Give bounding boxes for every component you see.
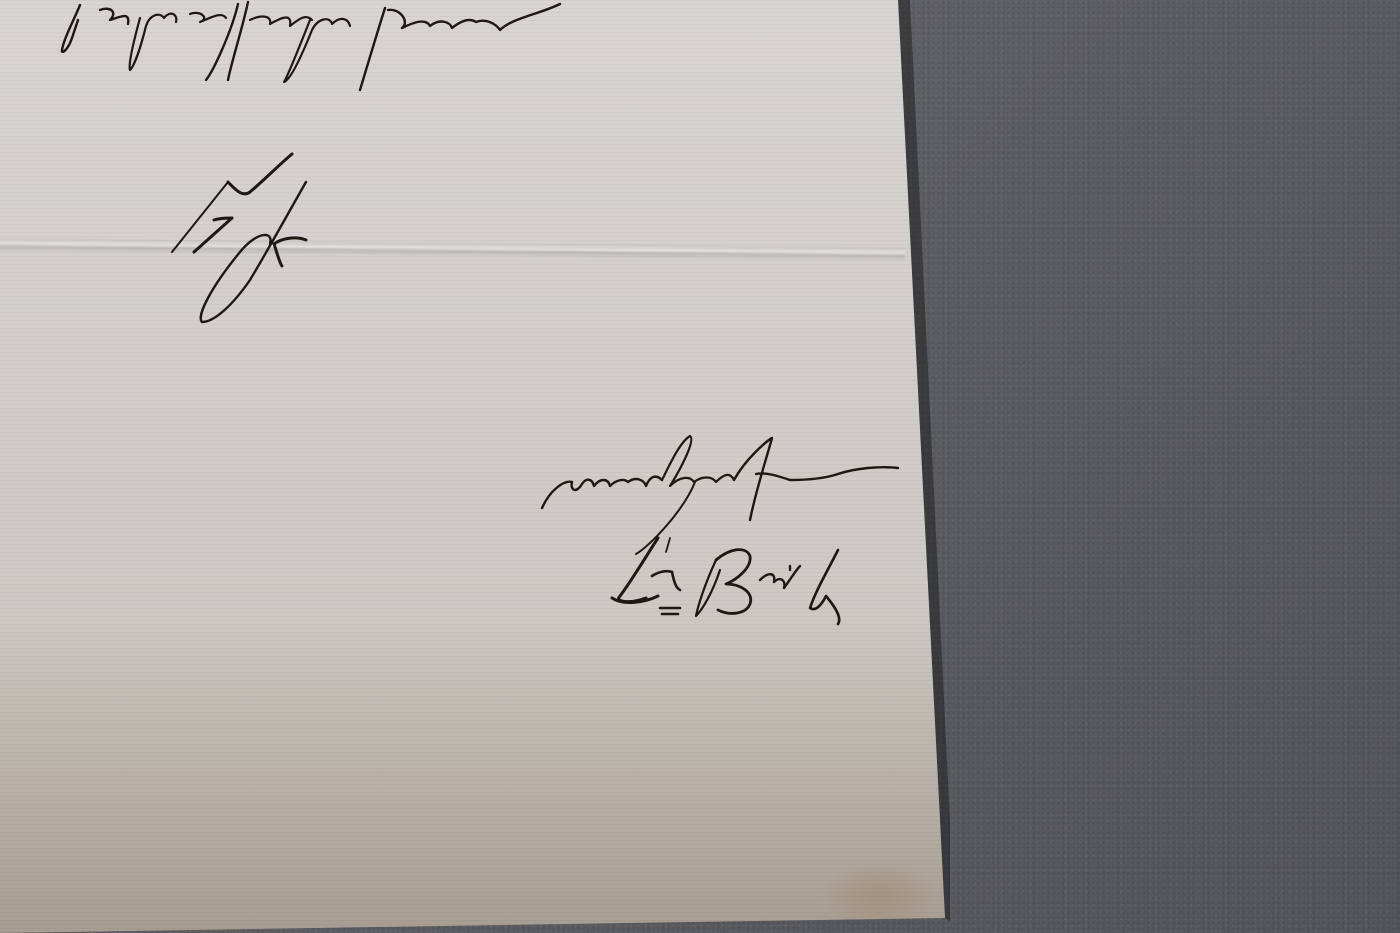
handwriting-ihr [150,140,350,340]
letter-paper: ...gehorsamst grüßend Ihr ergebenster Dr… [0,0,945,933]
handwriting-top-line [0,0,600,110]
handwriting-ergebenster [520,420,920,650]
fold-crease [0,238,905,261]
